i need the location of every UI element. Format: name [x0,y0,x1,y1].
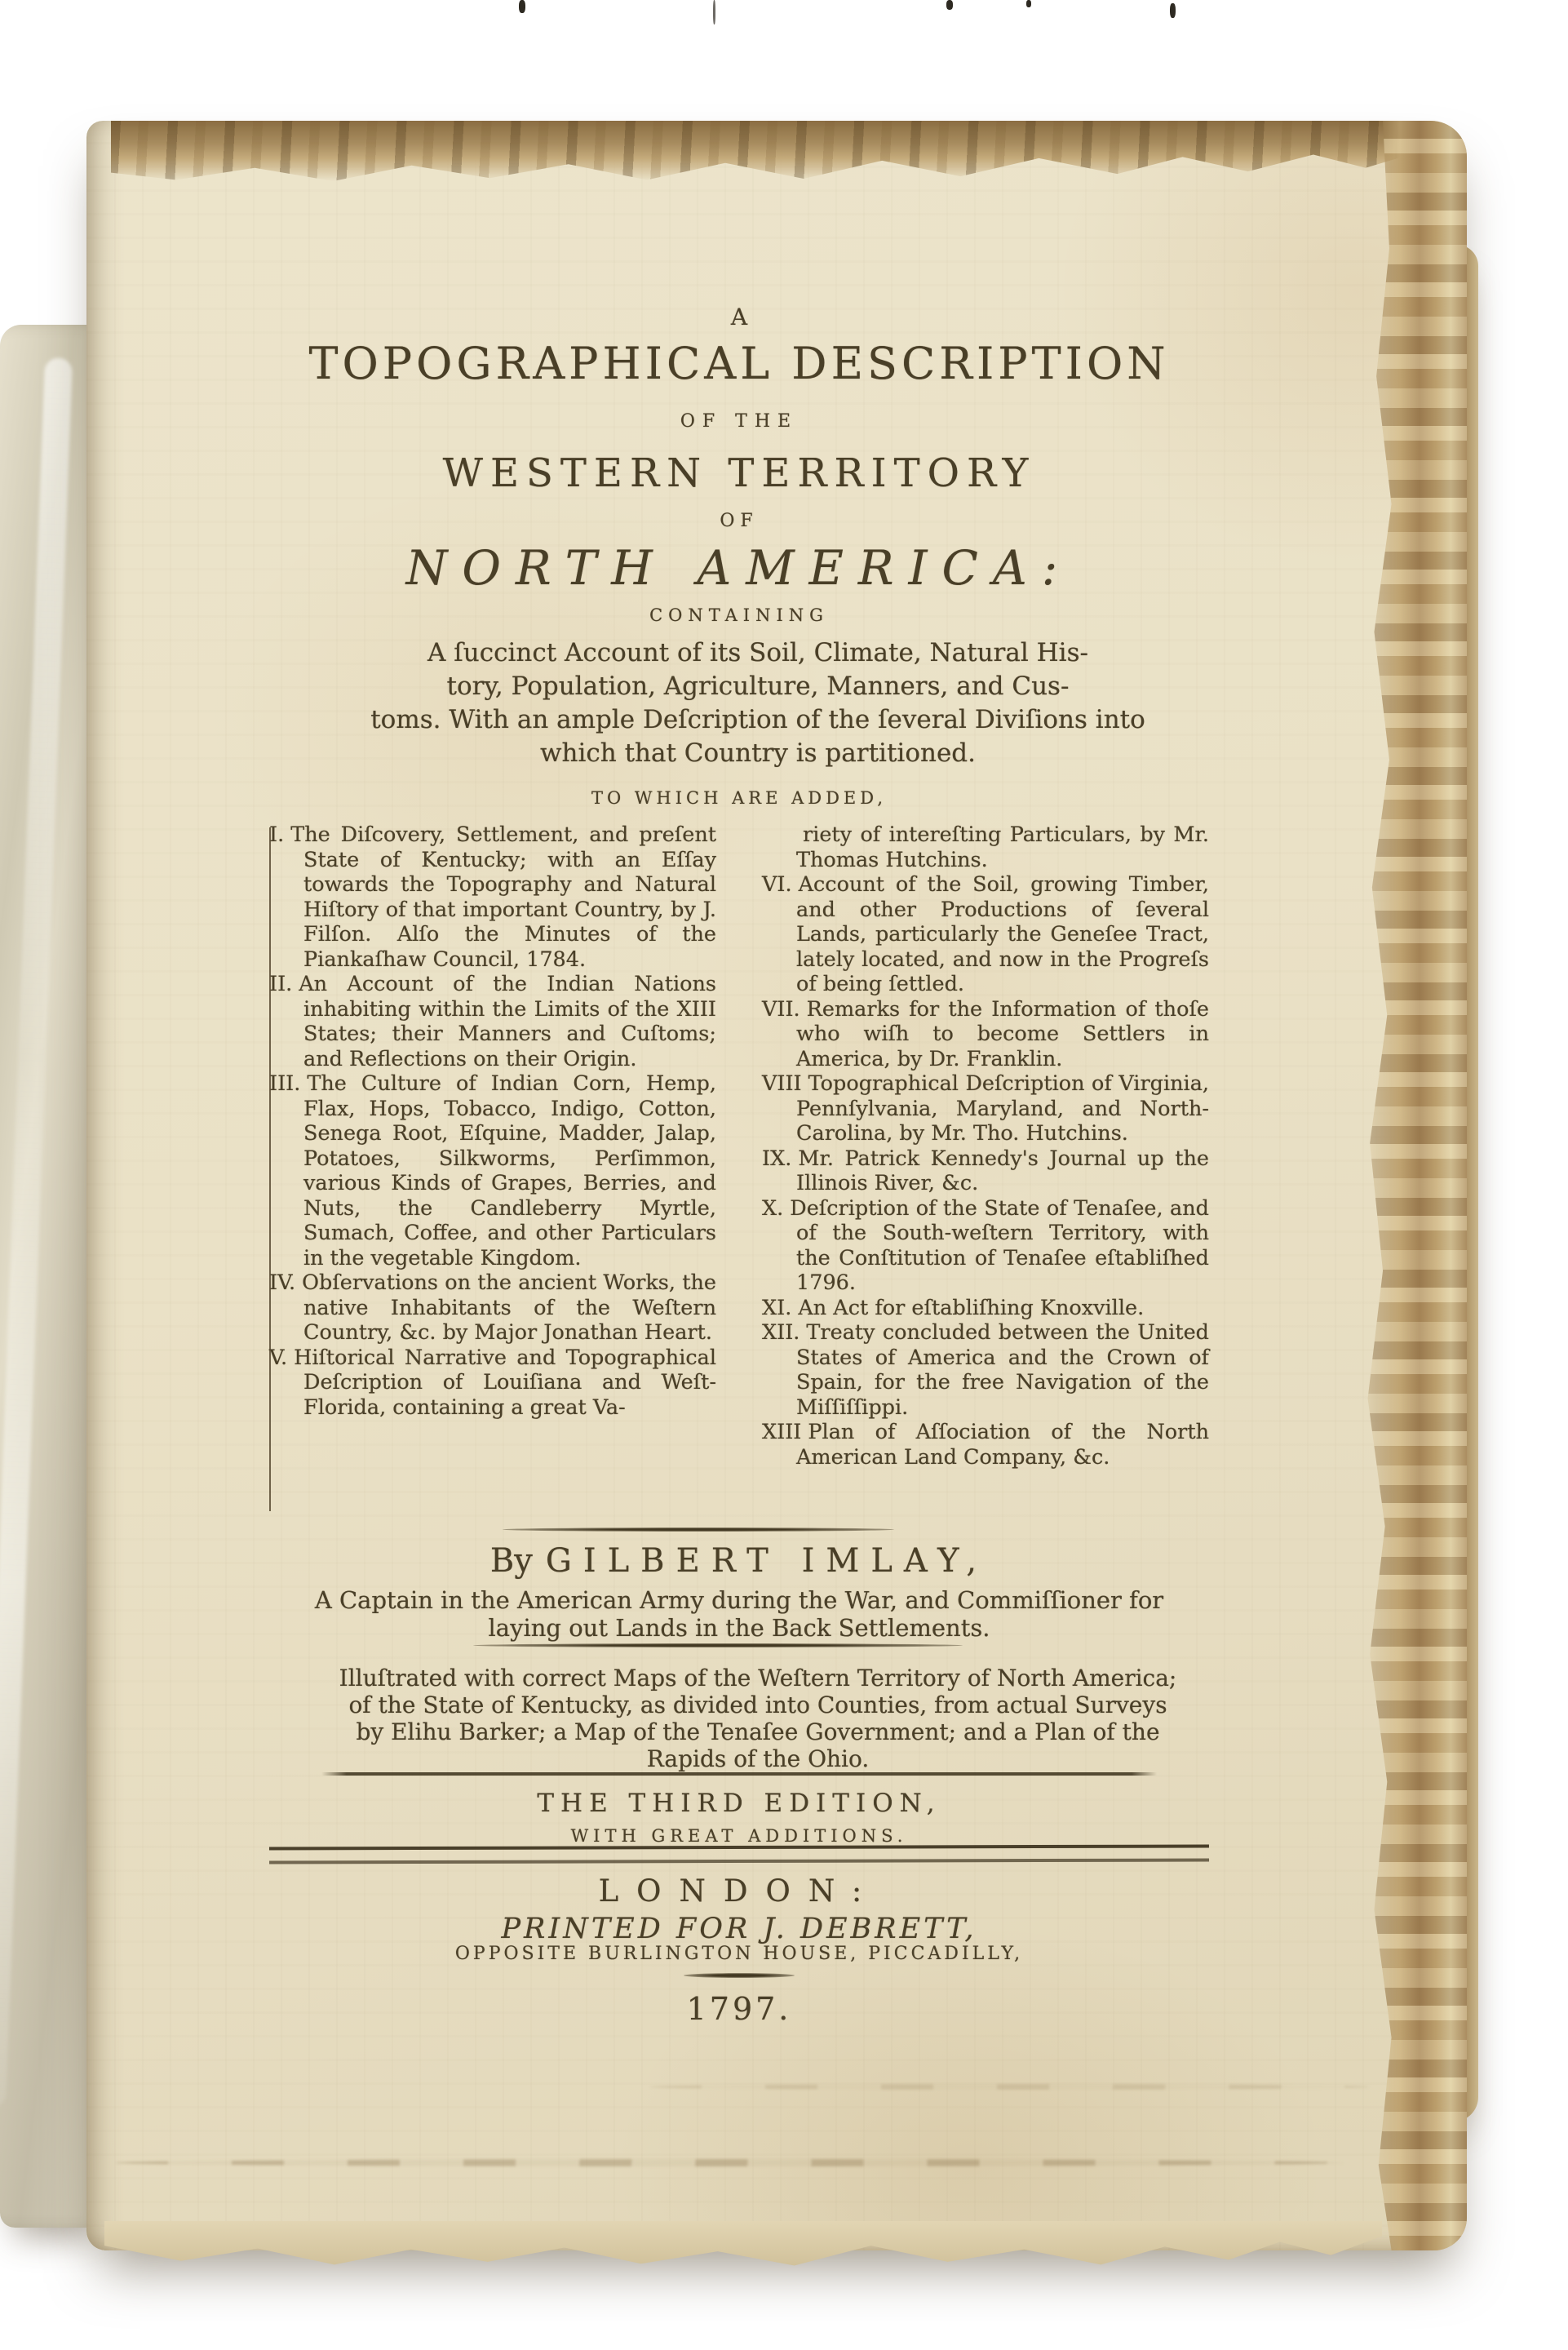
tapered-rule [473,1643,963,1647]
containing-paragraph: A ſuccinct Account of its Soil, Climate,… [269,636,1209,770]
contents-item: IV.Obſervations on the ancient Works, th… [269,1270,716,1346]
item-text: The Culture of Indian Corn, Hemp, Flax, … [303,1071,716,1270]
title-line-north-america: NORTH AMERICA: [269,540,1209,596]
item-numeral: II. [269,972,292,996]
illustrated-line: Rapids of the Ohio. [269,1745,1209,1772]
author-name: GILBERT IMLAY, [546,1542,988,1580]
double-rule [269,1844,1209,1864]
contents-column-left: I.The Diſcovery, Settlement, and preſent… [269,822,716,1470]
contents-item: XII.Treaty concluded between the United … [762,1320,1209,1420]
contents-item: XIIIPlan of Aſſociation of the North Ame… [762,1420,1209,1470]
contents-item: X.Deſcription of the State of Tenaſee, a… [762,1196,1209,1296]
by-label: By [490,1542,533,1580]
imprint-printer: PRINTED FOR J. DEBRETT, [269,1913,1209,1945]
item-numeral: XIII [762,1420,801,1444]
item-numeral: IV. [269,1270,295,1295]
item-numeral: V. [269,1346,287,1370]
contents-item: III.The Culture of Indian Corn, Hemp, Fl… [269,1071,716,1270]
item-text: Topographical Deſcription of Virginia, P… [796,1071,1209,1146]
edition-statement: THE THIRD EDITION, [269,1789,1209,1818]
column-divider-rule [269,827,271,1511]
illustrated-paragraph: Illuſtrated with correct Maps of the Weſ… [269,1665,1209,1772]
full-width-rule [321,1772,1157,1776]
item-numeral: I. [269,822,284,847]
contents-item: V.Hiſtorical Narrative and Topographical… [269,1346,716,1421]
item-text: riety of intereſting Particulars, by Mr.… [796,822,1209,872]
contents-item: VIIITopographical Deſcription of Virgini… [762,1071,1209,1146]
contents-item: II.An Account of the Indian Nations inha… [269,972,716,1071]
contents-item: VII.Remarks for the Information of thoſe… [762,997,1209,1072]
title-of: OF [269,511,1209,531]
containing-line: tory, Population, Agriculture, Manners, … [269,670,1209,703]
author-role-line1: A Captain in the American Army during th… [269,1586,1209,1614]
item-numeral: VIII [762,1071,802,1096]
contents-item: I.The Diſcovery, Settlement, and preſent… [269,822,716,972]
contents-item: XI.An Act for eſtabliſhing Knoxville. [762,1296,1209,1321]
containing-label: CONTAINING [269,605,1209,625]
edition-additions: WITH GREAT ADDITIONS. [269,1826,1209,1846]
illustrated-line: Illuſtrated with correct Maps of the Weſ… [269,1665,1209,1692]
author-role-line2: laying out Lands in the Back Settlements… [269,1614,1209,1642]
item-text: The Diſcovery, Settlement, and preſent S… [290,822,716,972]
title-line-western-territory: WESTERN TERRITORY [269,450,1209,496]
contents-item: riety of intereſting Particulars, by Mr.… [762,822,1209,872]
item-numeral: VII. [762,997,800,1022]
item-text: Obſervations on the ancient Works, the n… [302,1270,716,1345]
item-text: An Act for eſtabliſhing Knoxville. [798,1296,1144,1320]
item-text: Hiſtorical Narrative and Topographical D… [294,1346,716,1420]
title-of-the: OF THE [269,411,1209,432]
item-text: An Account of the Indian Nations inhabit… [299,972,716,1071]
tapered-rule [503,1527,894,1532]
title-line-topographical-description: TOPOGRAPHICAL DESCRIPTION [269,338,1209,389]
contents-item: VI.Account of the Soil, growing Timber, … [762,872,1209,997]
containing-line: A ſuccinct Account of its Soil, Climate,… [269,636,1209,670]
byline: ByGILBERT IMLAY, [269,1542,1209,1580]
containing-line: which that Country is partitioned. [269,737,1209,770]
containing-line: toms. With an ample Deſcription of the ſ… [269,703,1209,737]
imprint-address: OPPOSITE BURLINGTON HOUSE, PICCADILLY, [269,1944,1209,1964]
imprint-city: LONDON: [269,1873,1209,1909]
contents-columns: I.The Diſcovery, Settlement, and preſent… [269,822,1209,1470]
item-text: Deſcription of the State of Tenaſee, and… [790,1196,1209,1296]
contents-item: IX.Mr. Patrick Kennedy's Journal up the … [762,1146,1209,1196]
item-text: Remarks for the Information of thoſe who… [796,997,1209,1071]
title-page-text: A TOPOGRAPHICAL DESCRIPTION OF THE WESTE… [269,0,1209,2350]
item-numeral: IX. [762,1146,791,1171]
to-which-are-added-label: TO WHICH ARE ADDED, [269,788,1209,808]
deckled-fore-edge [1359,121,1467,2250]
illustrated-line: of the State of Kentucky, as divided int… [269,1692,1209,1718]
item-text: Account of the Soil, growing Timber, and… [796,872,1209,996]
item-text: Treaty concluded between the United Stat… [796,1320,1209,1420]
item-numeral: XI. [762,1296,791,1320]
illustrated-line: by Elihu Barker; a Map of the Tenaſee Go… [269,1718,1209,1745]
item-numeral: III. [269,1071,300,1096]
article-a: A [269,304,1209,330]
item-numeral: X. [762,1196,783,1221]
item-text: Plan of Aſſociation of the North America… [796,1420,1209,1470]
item-text: Mr. Patrick Kennedy's Journal up the Ill… [796,1146,1209,1196]
short-rule [684,1973,795,1978]
item-numeral: XII. [762,1320,800,1345]
imprint-year: 1797. [269,1991,1209,2027]
contents-column-right: riety of intereſting Particulars, by Mr.… [762,822,1209,1470]
item-numeral: VI. [762,872,792,897]
